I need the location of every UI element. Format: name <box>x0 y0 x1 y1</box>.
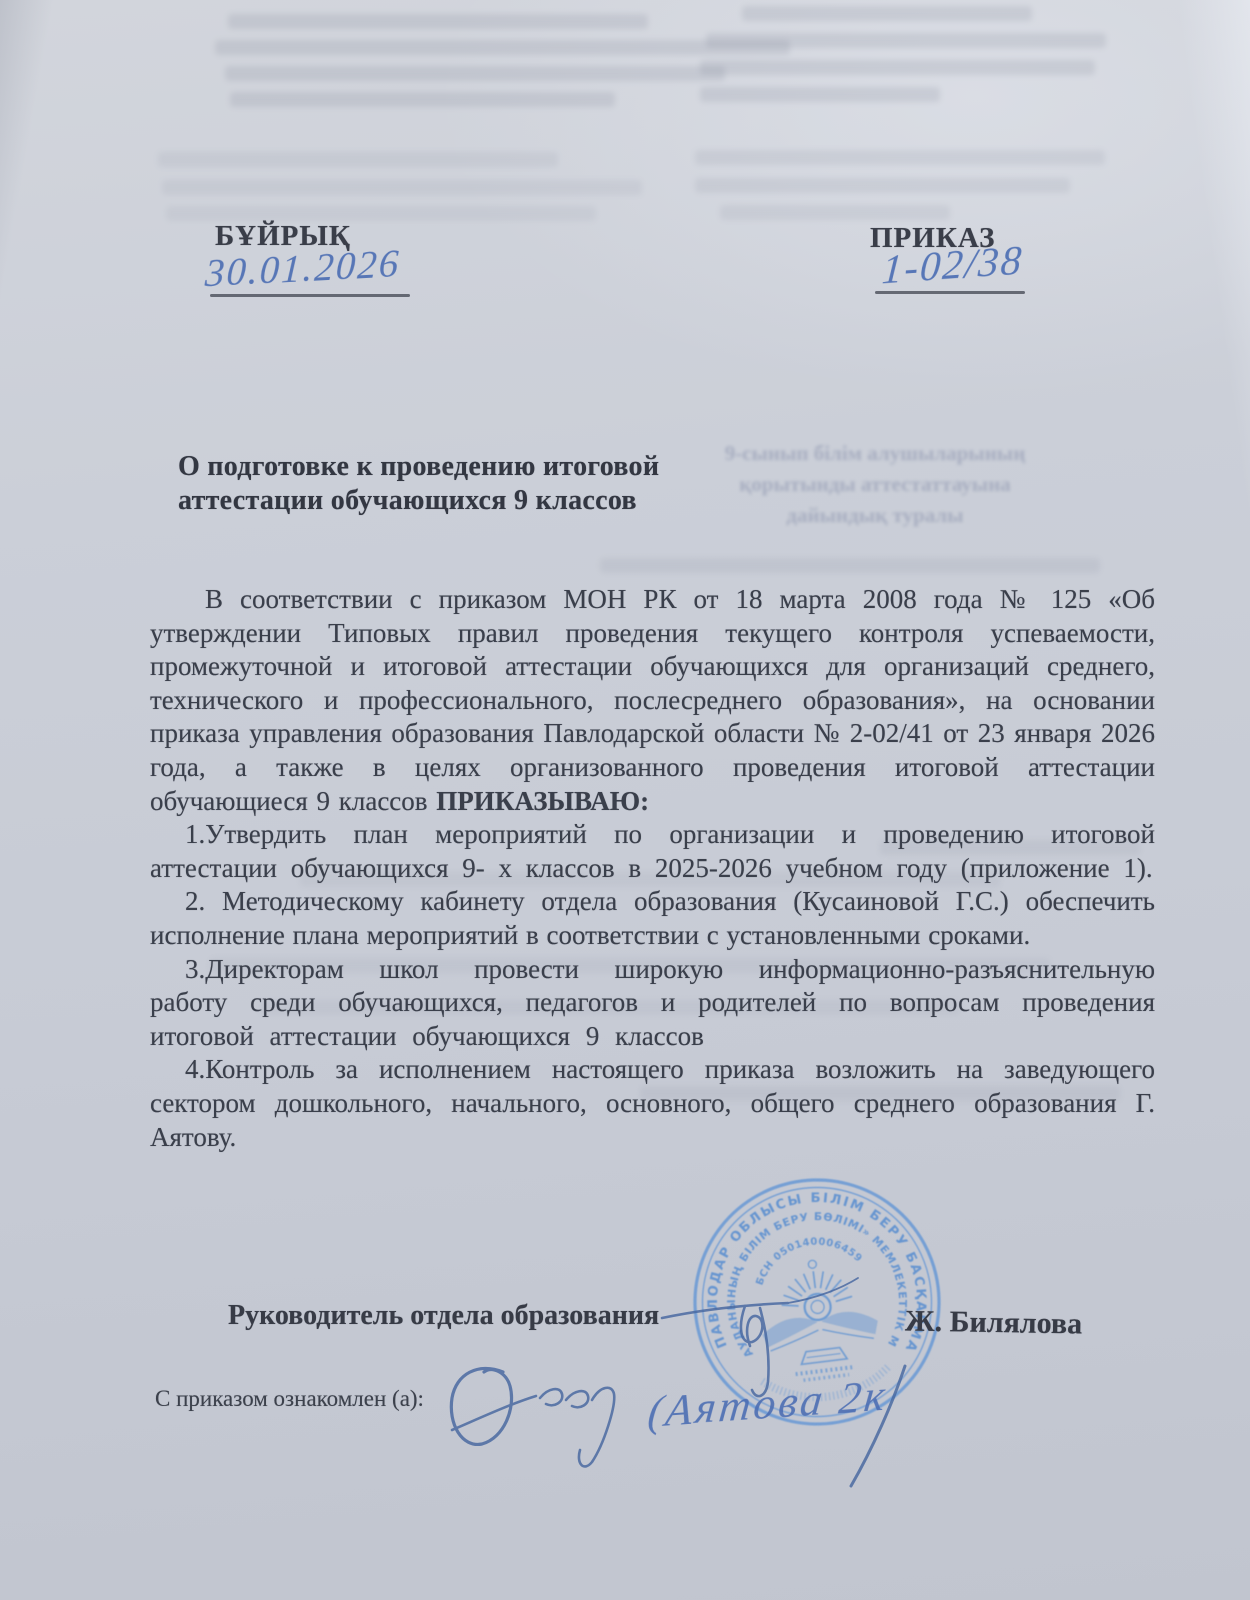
pen-stroke <box>451 1368 511 1444</box>
order-body: В соответствии с приказом МОН РК от 18 м… <box>150 583 1155 1154</box>
bleed-title-line: дайындық туралы <box>700 500 1050 531</box>
bleed-line <box>706 33 1106 48</box>
bleed-line <box>742 6 1032 21</box>
order-verb: ПРИКАЗЫВАЮ: <box>436 786 649 816</box>
subject-line-1: О подготовке к проведению итоговой <box>178 450 659 484</box>
pen-stroke <box>452 1396 536 1430</box>
order-item-1: 1.Утвердить план мероприятий по организа… <box>150 818 1155 885</box>
bleed-line <box>225 66 725 81</box>
coat-of-arms-emblem <box>754 1253 884 1384</box>
bleed-title-line: қорытынды аттестаттауына <box>700 469 1050 500</box>
bleed-line <box>215 40 790 55</box>
order-item-4: 4.Контроль за исполнением настоящего при… <box>150 1053 1155 1154</box>
bleed-line <box>720 205 950 220</box>
order-item-3: 3.Директорам школ провести широкую инфор… <box>150 953 1155 1054</box>
bleed-line <box>695 178 1070 193</box>
bleed-line <box>695 150 1105 165</box>
bleed-through-title-kk: 9-сынып білім алушыларының қорытынды атт… <box>700 438 1050 531</box>
bleed-line <box>600 558 1100 573</box>
bleed-line <box>162 180 642 195</box>
pen-stroke <box>579 1388 614 1467</box>
subject-line-2: аттестации обучающихся 9 классов <box>178 484 659 518</box>
handwritten-order-date: 30.01.2026 <box>204 241 402 296</box>
bleed-line <box>230 92 615 107</box>
order-item-2: 2. Методическому кабинету отдела образов… <box>150 885 1155 952</box>
bleed-line <box>158 152 558 167</box>
handwritten-order-number: 1-02/38 <box>880 235 1025 293</box>
pen-stroke <box>566 1391 588 1407</box>
bleed-title-line: 9-сынып білім алушыларының <box>700 438 1050 469</box>
intro-paragraph: В соответствии с приказом МОН РК от 18 м… <box>150 583 1155 818</box>
acknowledgment-label: С приказом ознакомлен (а): <box>155 1386 424 1412</box>
bleed-line <box>166 206 596 221</box>
order-subject: О подготовке к проведению итоговой аттес… <box>178 450 659 518</box>
scanned-order-document: 9-сынып білім алушыларының қорытынды атт… <box>0 0 1250 1600</box>
bleed-line <box>228 14 648 29</box>
date-underline <box>210 294 410 297</box>
signatory-position: Руководитель отдела образования <box>228 1300 659 1332</box>
pen-stroke <box>540 1389 562 1405</box>
bleed-line <box>700 60 1095 75</box>
number-underline <box>875 291 1025 294</box>
bleed-line <box>700 87 940 102</box>
signatory-name: Ж. Билялова <box>905 1304 1083 1341</box>
intro-text: В соответствии с приказом МОН РК от 18 м… <box>150 584 1155 816</box>
